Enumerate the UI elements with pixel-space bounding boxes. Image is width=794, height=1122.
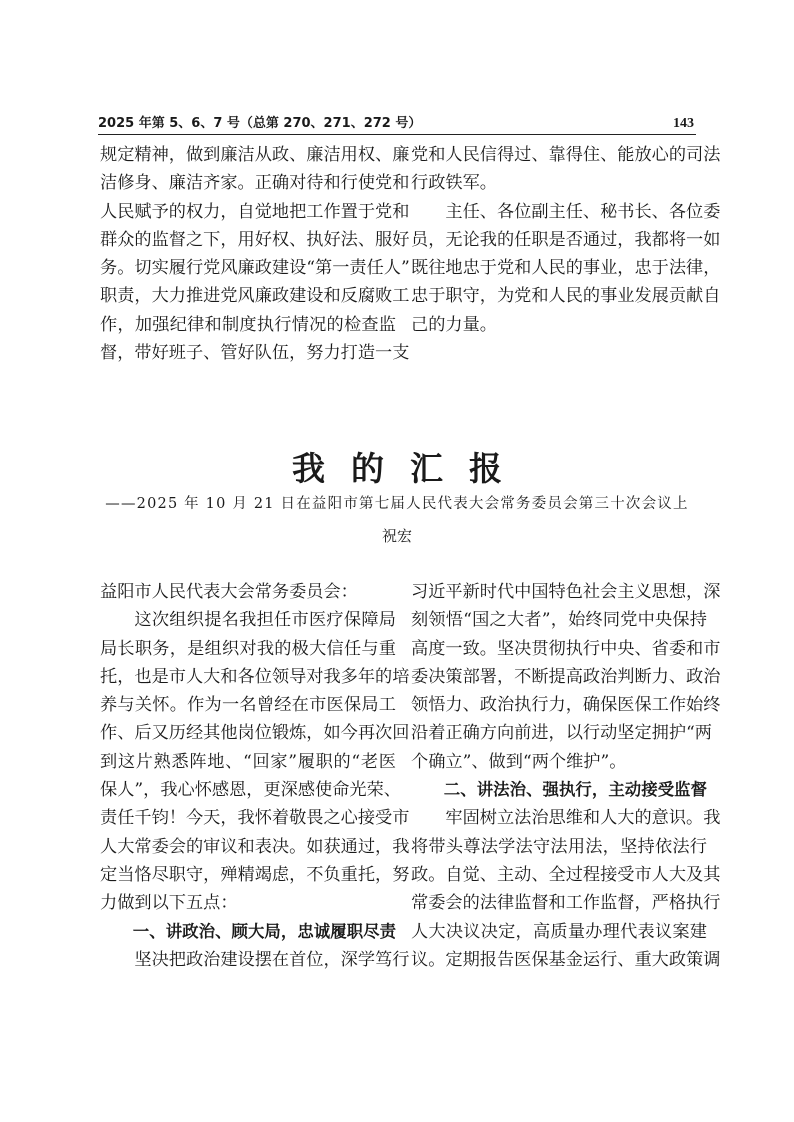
text-line: 忠于职守，为党和人民的事业发展贡献自 [411,282,707,310]
title-char: 汇 [410,449,443,489]
article-title: 我的汇报 [0,449,794,489]
text-line: 责任千钧！今天，我怀着敬畏之心接受市 [100,804,396,832]
text-line: 领悟力、政治执行力，确保医保工作始终 [411,691,707,719]
paragraph-start-line: 牢固树立法治思维和人大的意识。我 [411,804,707,832]
title-char: 的 [351,449,384,489]
text-line: 务。切实履行党风廉政建设“第一责任人” [100,254,396,282]
text-line: 到这片熟悉阵地、“回家”履职的“老医 [100,748,396,776]
text-line: 定当恪尽职守，殚精竭虑，不负重托，努 [100,861,396,889]
page-number: 143 [673,116,694,132]
paragraph-start-line: 这次组织提名我担任市医疗保障局 [100,606,396,634]
text-line: 将带头尊法学法守法用法，坚持依法行 [411,833,707,861]
article-subtitle: ——2025 年 10 月 21 日在益阳市第七届人民代表大会常务委员会第三十次… [0,493,794,515]
text-line: 刻领悟“国之大者”，始终同党中央保持 [411,606,707,634]
previous-article-left-column: 规定精神，做到廉洁从政、廉洁用权、廉 洁修身、廉洁齐家。正确对待和行使党和 人民… [100,141,396,367]
salutation: 益阳市人民代表大会常务委员会： [100,578,396,606]
text-line: 作，加强纪律和制度执行情况的检查监 [100,311,396,339]
title-char: 我 [292,449,325,489]
text-line: 常委会的法律监督和工作监督，严格执行 [411,889,707,917]
text-line: 保人”，我心怀感恩，更深感使命光荣、 [100,776,396,804]
text-line: 员，无论我的任职是否通过，我都将一如 [411,226,707,254]
text-line: 委决策部署，不断提高政治判断力、政治 [411,663,707,691]
text-line: 督，带好班子、管好队伍，努力打造一支 [100,339,396,367]
text-line: 个确立”、做到“两个维护”。 [411,748,707,776]
section-heading-1: 一、讲政治、顾大局，忠诚履职尽责 [100,918,396,946]
text-line: 养与关怀。作为一名曾经在市医保局工 [100,691,396,719]
running-header: 2025 年第 5、6、7 号（总第 270、271、272 号） 143 [98,116,696,135]
text-line: 己的力量。 [411,311,707,339]
text-line: 规定精神，做到廉洁从政、廉洁用权、廉 [100,141,396,169]
text-line: 党和人民信得过、靠得住、能放心的司法 [411,141,707,169]
text-line: 政。自觉、主动、全过程接受市人大及其 [411,861,707,889]
issue-label: 2025 年第 5、6、7 号（总第 270、271、272 号） [98,116,421,132]
text-line: 局长职务，是组织对我的极大信任与重 [100,635,396,663]
paragraph-start-line: 坚决把政治建设摆在首位，深学笃行 [100,946,396,974]
previous-article-right-column: 党和人民信得过、靠得住、能放心的司法 行政铁军。 主任、各位副主任、秘书长、各位… [411,141,707,339]
title-char: 报 [469,449,502,489]
article-left-column: 益阳市人民代表大会常务委员会： 这次组织提名我担任市医疗保障局 局长职务，是组织… [100,578,396,974]
text-line: 习近平新时代中国特色社会主义思想，深 [411,578,707,606]
text-line: 高度一致。坚决贯彻执行中央、省委和市 [411,635,707,663]
text-line: 沿着正确方向前进，以行动坚定拥护“两 [411,719,707,747]
text-line: 群众的监督之下，用好权、执好法、服好 [100,226,396,254]
text-line: 托，也是市人大和各位领导对我多年的培 [100,663,396,691]
section-heading-2: 二、讲法治、强执行，主动接受监督 [411,776,707,804]
text-line: 议。定期报告医保基金运行、重大政策调 [411,946,707,974]
text-line: 人大常委会的审议和表决。如获通过，我 [100,833,396,861]
text-line: 洁修身、廉洁齐家。正确对待和行使党和 [100,169,396,197]
text-line: 职责，大力推进党风廉政建设和反腐败工 [100,282,396,310]
text-line: 作、后又历经其他岗位锻炼，如今再次回 [100,719,396,747]
text-line: 人大决议决定，高质量办理代表议案建 [411,918,707,946]
article-right-column: 习近平新时代中国特色社会主义思想，深 刻领悟“国之大者”，始终同党中央保持 高度… [411,578,707,974]
article-author: 祝宏 [0,525,794,547]
text-line: 力做到以下五点： [100,889,396,917]
text-line: 人民赋予的权力，自觉地把工作置于党和 [100,198,396,226]
text-line: 行政铁军。 [411,169,707,197]
text-line: 既往地忠于党和人民的事业，忠于法律， [411,254,707,282]
paragraph-start-line: 主任、各位副主任、秘书长、各位委 [411,198,707,226]
